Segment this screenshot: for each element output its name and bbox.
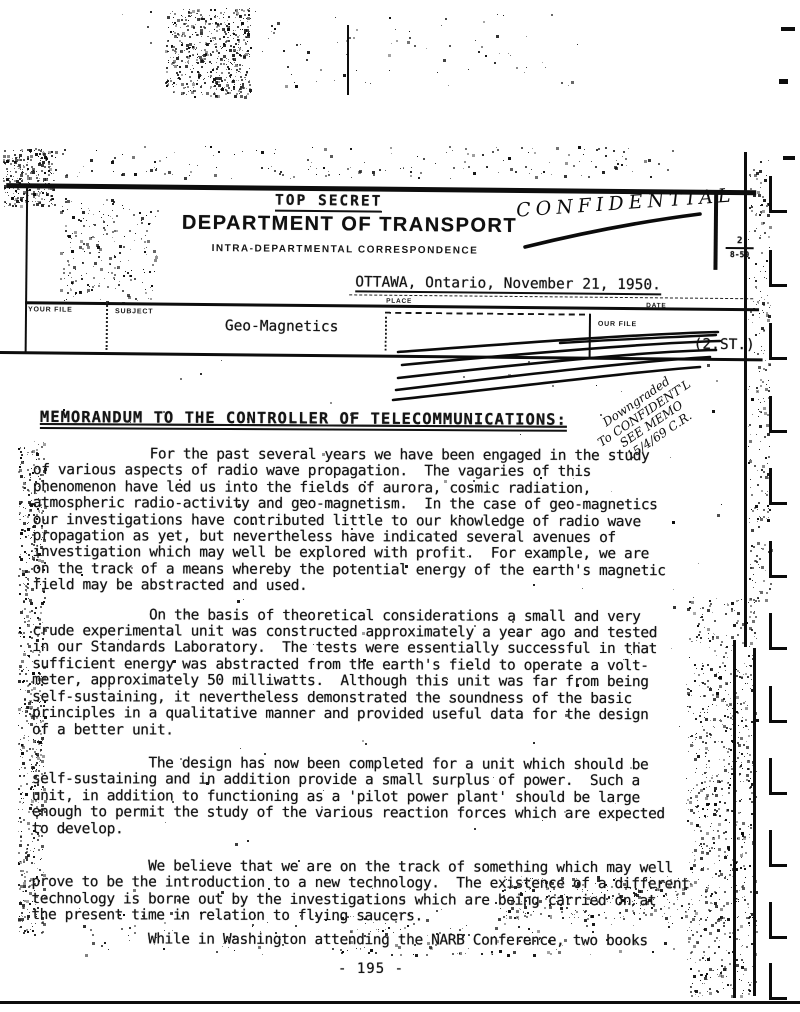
noise-dot: [391, 954, 393, 956]
noise-dot: [726, 968, 727, 969]
noise-dot: [26, 783, 28, 785]
noise-dot: [749, 984, 751, 986]
noise-dot: [741, 959, 743, 961]
noise-dot: [723, 968, 726, 971]
noise-dot: [28, 620, 30, 622]
noise-dot: [702, 958, 703, 959]
page-number: - 195 -: [338, 961, 404, 977]
noise-dot: [28, 452, 29, 453]
noise-dot: [729, 963, 731, 965]
noise-dot: [24, 477, 25, 478]
noise-dot: [30, 477, 31, 478]
noise-dot: [18, 919, 21, 922]
noise-dot: [690, 968, 692, 970]
noise-dot: [29, 558, 30, 559]
noise-dot: [19, 927, 20, 928]
noise-dot: [375, 952, 377, 954]
noise-dot: [748, 446, 749, 447]
noise-dot: [28, 598, 29, 599]
noise-dot: [18, 831, 19, 832]
scan-artifact-line: [733, 640, 736, 998]
noise-dot: [721, 965, 723, 967]
noise-dot: [767, 463, 768, 464]
noise-dot: [341, 952, 343, 954]
noise-dot: [26, 680, 28, 682]
noise-dot: [28, 494, 30, 496]
noise-dot: [704, 983, 705, 984]
noise-dot: [24, 699, 26, 701]
noise-dot: [23, 861, 25, 863]
noise-dot: [739, 979, 740, 980]
noise-dot: [25, 690, 26, 691]
noise-dot: [26, 667, 27, 668]
noise-dot: [703, 951, 705, 953]
noise-dot: [20, 519, 21, 520]
noise-dot: [29, 611, 31, 613]
noise-dot: [27, 685, 29, 687]
noise-dot: [763, 509, 765, 511]
noise-dot: [550, 953, 552, 955]
noise-dot: [20, 447, 21, 448]
noise-dot: [762, 548, 764, 550]
noise-dot: [426, 954, 428, 956]
noise-dot: [723, 988, 724, 989]
binder-mark: [769, 396, 787, 433]
noise-dot: [701, 974, 703, 976]
noise-dot: [28, 645, 31, 648]
noise-dot: [520, 434, 521, 435]
noise-dot: [23, 583, 24, 584]
noise-dot: [759, 567, 760, 568]
noise-dot: [28, 522, 29, 523]
noise-dot: [22, 809, 23, 810]
noise-dot: [28, 740, 29, 741]
noise-dot: [19, 916, 20, 917]
noise-dot: [27, 516, 29, 518]
noise-dot: [19, 931, 20, 932]
noise-dot: [713, 970, 714, 971]
memo-body: For the past several years we have been …: [31, 446, 758, 949]
noise-dot: [23, 885, 26, 888]
noise-dot: [770, 583, 772, 585]
noise-dot: [22, 570, 23, 571]
noise-dot: [507, 954, 510, 957]
noise-dot: [730, 985, 731, 986]
noise-dot: [695, 990, 698, 993]
noise-dot: [23, 819, 25, 821]
noise-dot: [710, 977, 711, 978]
noise-dot: [709, 968, 712, 971]
noise-dot: [25, 482, 26, 483]
classification-banner: TOP SECRET: [275, 193, 382, 213]
noise-dot: [23, 636, 25, 638]
noise-dot: [764, 544, 766, 546]
noise-dot: [22, 610, 23, 611]
noise-dot: [769, 446, 770, 447]
noise-dot: [25, 593, 28, 596]
noise-dot: [759, 558, 761, 560]
noise-dot: [19, 466, 21, 468]
noise-dot: [768, 517, 769, 518]
noise-dot: [744, 968, 747, 971]
noise-dot: [742, 993, 743, 994]
noise-dot: [760, 591, 763, 594]
noise-dot: [22, 904, 25, 907]
noise-dot: [25, 852, 27, 854]
noise-dot: [23, 932, 25, 934]
binder-mark: [769, 902, 787, 939]
noise-dot: [21, 545, 23, 547]
dateline: OTTAWA, Ontario, November 21, 1950.: [355, 274, 661, 295]
noise-dot: [29, 683, 31, 685]
noise-dot: [108, 949, 109, 950]
noise-dot: [761, 490, 763, 492]
noise-dot: [748, 989, 750, 991]
noise-dot: [19, 506, 20, 507]
paragraph-2: On the basis of theoretical consideratio…: [32, 607, 757, 741]
noise-dot: [765, 570, 766, 571]
noise-dot: [763, 471, 765, 473]
noise-dot: [690, 958, 691, 959]
noise-dot: [347, 950, 348, 951]
noise-dot: [23, 461, 24, 462]
noise-dot: [25, 571, 27, 573]
noise-dot: [21, 670, 23, 672]
noise-dot: [20, 689, 21, 690]
our-file-label: OUR FILE: [598, 321, 637, 328]
noise-dot: [24, 735, 25, 736]
noise-dot: [766, 494, 768, 496]
noise-dot: [717, 974, 718, 975]
noise-dot: [27, 909, 28, 910]
noise-dot: [695, 994, 696, 995]
noise-dot: [722, 982, 723, 983]
noise-dot: [726, 976, 727, 977]
noise-dot: [18, 809, 19, 810]
paragraph-1: For the past several years we have been …: [32, 446, 758, 596]
noise-dot: [704, 955, 705, 956]
noise-dot: [709, 992, 712, 995]
noise-dot: [533, 954, 536, 957]
noise-dot: [21, 727, 23, 729]
noise-dot: [29, 636, 31, 638]
noise-dot: [24, 448, 25, 449]
noise-dot: [22, 792, 23, 793]
noise-dot: [687, 959, 688, 960]
binder-mark: [769, 613, 787, 650]
form-number-bottom: 8-50: [725, 250, 755, 259]
noise-dot: [25, 598, 27, 600]
noise-dot: [26, 615, 29, 618]
noise-dot: [24, 876, 26, 878]
noise-dot: [24, 900, 26, 902]
noise-dot: [25, 715, 27, 717]
bottom-border: [0, 1001, 800, 1004]
noise-dot: [761, 566, 764, 569]
noise-dot: [20, 457, 22, 459]
form-border-left: [25, 186, 28, 353]
noise-dot: [21, 798, 22, 799]
org-title: DEPARTMENT OF TRANSPORT: [182, 212, 517, 238]
form-rule-3: [0, 351, 763, 361]
noise-dot: [740, 995, 743, 998]
noise-dot: [556, 949, 557, 950]
noise-dot: [619, 950, 622, 953]
noise-dot: [20, 645, 22, 647]
noise-dot: [21, 767, 22, 768]
noise-dot: [21, 560, 22, 561]
noise-dot: [736, 964, 739, 967]
noise-dot: [707, 979, 708, 980]
noise-dot: [22, 803, 23, 804]
noise-dot: [23, 882, 26, 885]
noise-dot: [20, 756, 21, 757]
noise-dot: [698, 970, 700, 972]
noise-dot: [29, 657, 30, 658]
noise-dot: [705, 960, 706, 961]
noise-dot: [24, 618, 25, 619]
noise-dot: [19, 469, 22, 472]
noise-dot: [18, 575, 20, 577]
paragraph-4: We believe that we are on the track of s…: [31, 858, 756, 926]
noise-dot: [27, 844, 29, 846]
noise-dot: [28, 655, 30, 657]
noise-dot: [763, 580, 765, 582]
noise-dot: [19, 584, 21, 586]
form-divider-2: [589, 314, 591, 359]
noise-dot: [413, 954, 414, 955]
noise-dot: [21, 750, 22, 751]
noise-dot: [22, 573, 25, 576]
noise-dot: [22, 711, 23, 712]
noise-dot: [765, 476, 768, 479]
scan-artifact-line: [753, 648, 756, 996]
noise-dot: [22, 746, 25, 749]
noise-dot: [24, 767, 26, 769]
noise-dot: [85, 954, 88, 957]
binder-mark: [769, 468, 787, 505]
noise-dot: [370, 949, 373, 952]
noise-dot: [759, 591, 760, 592]
noise-dot: [28, 736, 29, 737]
noise-dot: [26, 553, 27, 554]
noise-dot: [27, 528, 30, 531]
scan-artifact-line: [744, 152, 747, 647]
noise-dot: [26, 577, 27, 578]
noise-dot: [25, 673, 27, 675]
noise-dot: [760, 441, 761, 442]
noise-dot: [27, 454, 28, 455]
noise-dot: [28, 554, 30, 556]
noise-dot: [20, 739, 21, 740]
noise-dot: [759, 516, 760, 517]
noise-dot: [720, 972, 722, 974]
noise-dot: [19, 888, 21, 890]
noise-dot: [23, 891, 24, 892]
noise-dot: [761, 469, 763, 471]
noise-dot: [30, 618, 31, 619]
paragraph-3: The design has now been completed for a …: [32, 755, 757, 840]
noise-dot: [28, 723, 29, 724]
noise-dot: [20, 785, 22, 787]
noise-dot: [21, 707, 22, 708]
noise-dot: [699, 959, 701, 961]
noise-dot: [19, 627, 21, 629]
noise-dot: [30, 538, 31, 539]
noise-dot: [19, 501, 22, 504]
noise-dot: [769, 588, 771, 590]
noise-dot: [28, 828, 30, 830]
noise-dot: [18, 680, 21, 683]
noise-dot: [21, 874, 23, 876]
noise-dot: [28, 670, 29, 671]
noise-dot: [19, 713, 20, 714]
noise-dot: [721, 975, 724, 978]
noise-dot: [700, 980, 701, 981]
noise-dot: [29, 759, 31, 761]
noise-dot: [726, 950, 727, 951]
noise-dot: [20, 554, 21, 555]
noise-dot: [728, 952, 730, 954]
noise-dot: [465, 953, 466, 954]
binder-mark: [769, 686, 787, 723]
noise-dot: [25, 536, 27, 538]
noise-dot: [23, 669, 24, 670]
noise-dot: [31, 468, 32, 469]
noise-dot: [20, 532, 23, 535]
noise-dot: [758, 526, 760, 528]
noise-dot: [27, 822, 30, 825]
paragraph-5: While in Washington attending the NARB C…: [31, 931, 756, 950]
noise-dot: [760, 476, 762, 478]
noise-dot: [26, 720, 28, 722]
noise-dot: [22, 762, 25, 765]
noise-dot: [28, 811, 30, 813]
noise-dot: [749, 440, 752, 443]
noise-dot: [18, 821, 19, 822]
noise-dot: [28, 514, 30, 516]
noise-dot: [743, 974, 744, 975]
noise-dot: [22, 870, 24, 872]
noise-dot: [29, 912, 30, 913]
noise-dot: [767, 519, 770, 522]
noise-dot: [19, 769, 20, 770]
noise-dot: [216, 951, 218, 953]
noise-dot: [20, 475, 23, 478]
noise-dot: [20, 636, 21, 637]
noise-dot: [25, 508, 26, 509]
noise-dot: [767, 505, 769, 507]
noise-dot: [20, 821, 22, 823]
binder-mark: [769, 176, 787, 213]
noise-dot: [24, 608, 26, 610]
noise-dot: [25, 515, 26, 516]
noise-dot: [18, 725, 19, 726]
file-stamp-box: [385, 312, 585, 353]
binder-mark: [769, 541, 787, 578]
noise-dot: [558, 951, 561, 954]
noise-dot: [19, 593, 21, 595]
noise-dot: [27, 624, 30, 627]
binder-mark: [769, 323, 787, 360]
noise-dot: [705, 975, 707, 977]
noise-dot: [452, 953, 454, 955]
noise-dot: [25, 890, 27, 892]
scanned-memo-page: TOP SECRET DEPARTMENT OF TRANSPORT INTRA…: [0, 0, 800, 1012]
noise-dot: [20, 538, 21, 539]
noise-dot: [24, 703, 26, 705]
noise-dot: [459, 952, 462, 955]
noise-dot: [24, 621, 26, 623]
noise-dot: [590, 954, 591, 955]
noise-dot: [400, 954, 402, 956]
noise-dot: [740, 954, 741, 955]
noise-dot: [368, 952, 370, 954]
noise-dot: [23, 490, 24, 491]
noise-dot: [21, 752, 24, 755]
noise-dot: [21, 915, 22, 916]
noise-dot: [695, 962, 696, 963]
noise-dot: [759, 449, 760, 450]
noise-dot: [24, 651, 25, 652]
noise-dot: [30, 528, 31, 529]
noise-dot: [27, 931, 29, 933]
form-number-divider: [726, 247, 754, 249]
noise-dot: [25, 708, 26, 709]
noise-dot: [716, 990, 718, 992]
noise-dot: [692, 983, 693, 984]
noise-dot: [19, 556, 21, 558]
noise-dot: [29, 713, 31, 715]
noise-dot: [19, 514, 20, 515]
noise-dot: [23, 737, 25, 739]
noise-dot: [29, 473, 31, 475]
noise-dot: [262, 954, 263, 955]
noise-dot: [28, 535, 29, 536]
noise-dot: [499, 950, 502, 953]
noise-dot: [758, 502, 760, 504]
noise-dot: [727, 984, 729, 986]
noise-dot: [23, 802, 24, 803]
noise-dot: [717, 969, 718, 970]
noise-dot: [19, 801, 21, 803]
noise-dot: [19, 817, 21, 819]
noise-dot: [18, 852, 20, 854]
noise-dot: [741, 980, 742, 981]
noise-dot: [709, 988, 711, 990]
noise-dot: [709, 957, 710, 958]
noise-dot: [25, 856, 28, 859]
noise-dot: [163, 948, 165, 950]
binder-mark: [769, 758, 787, 795]
noise-dot: [28, 886, 30, 888]
noise-dot: [22, 757, 23, 758]
noise-dot: [23, 522, 26, 525]
your-file-label: YOUR FILE: [28, 306, 73, 313]
noise-dot: [767, 511, 769, 513]
binder-mark: [769, 250, 787, 287]
noise-dot: [21, 831, 22, 832]
noise-dot: [31, 492, 32, 493]
noise-dot: [702, 995, 703, 996]
noise-dot: [492, 954, 493, 955]
noise-dot: [21, 744, 23, 746]
noise-dot: [25, 793, 28, 796]
noise-dot: [23, 798, 24, 799]
noise-dot: [765, 457, 767, 459]
noise-dot: [360, 948, 361, 949]
noise-dot: [693, 975, 696, 978]
